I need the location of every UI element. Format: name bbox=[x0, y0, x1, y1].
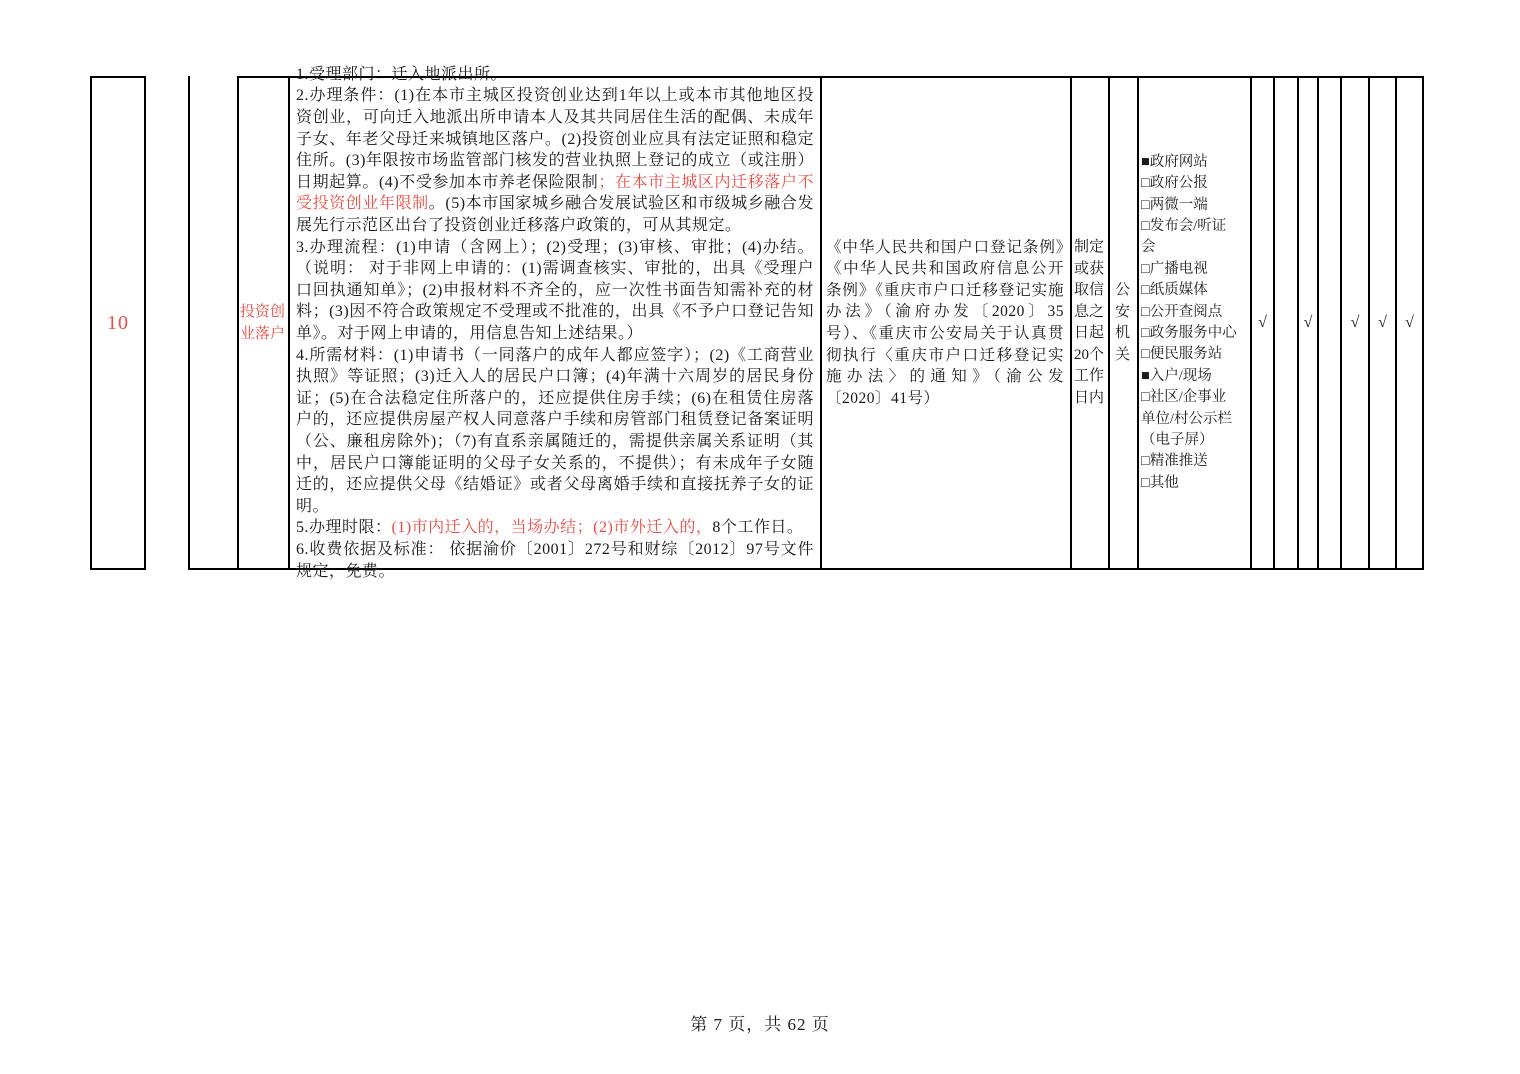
channel-option: □精准推送 bbox=[1139, 451, 1208, 472]
channel-option: □广播电视 bbox=[1139, 259, 1208, 280]
legal-basis-text: 《中华人民共和国户口登记条例》《中华人民共和国政府信息公开条例》《重庆市户口迁移… bbox=[822, 237, 1068, 410]
procedure-text-segment: (1)市内迁入的，当场办结；(2)市外迁入的， bbox=[392, 519, 713, 536]
cell-channels: ■政府网站□政府公报□两微一端□发布会/听证 会□广播电视□纸质媒体□公开查阅点… bbox=[1139, 76, 1250, 570]
cell-mark-7: √ bbox=[1397, 76, 1422, 570]
channel-option: □便民服务站 bbox=[1139, 344, 1222, 365]
check-mark: √ bbox=[1258, 314, 1267, 332]
channel-option: □公开查阅点 bbox=[1139, 302, 1222, 323]
check-mark: √ bbox=[1351, 314, 1360, 332]
channel-option: □纸质媒体 bbox=[1139, 280, 1208, 301]
cell-procedure: 1.受理部门：迁入地派出所。 2.办理条件：(1)在本市主城区投资创业达到1年以… bbox=[290, 76, 820, 570]
cell-agency: 公 安 机 关 bbox=[1108, 76, 1137, 570]
document-page: 10 投资创 业落户 1.受理部门：迁入地派出所。 2.办理条件：(1)在本市主… bbox=[0, 0, 1520, 1074]
agency-text: 公 安 机 关 bbox=[1115, 280, 1130, 366]
cell-mark-5: √ bbox=[1342, 76, 1368, 570]
row-number: 10 bbox=[107, 312, 129, 335]
procedure-text-segment: 1.受理部门：迁入地派出所。 2.办理条件：(1)在本市主城区投资创业达到1年以… bbox=[296, 66, 814, 191]
channel-option: □政务服务中心 bbox=[1139, 323, 1237, 344]
procedure-text: 1.受理部门：迁入地派出所。 2.办理条件：(1)在本市主城区投资创业达到1年以… bbox=[290, 64, 820, 582]
table-border-line bbox=[188, 76, 190, 570]
cell-legal-basis: 《中华人民共和国户口登记条例》《中华人民共和国政府信息公开条例》《重庆市户口迁移… bbox=[822, 76, 1068, 570]
check-mark: √ bbox=[1304, 314, 1313, 332]
cell-mark-1: √ bbox=[1252, 76, 1273, 570]
channel-option: □社区/企事业 单位/村公示栏 （电子屏） bbox=[1139, 387, 1232, 451]
channel-option-checked: ■入户/现场 bbox=[1139, 366, 1212, 387]
channel-option-checked: ■政府网站 bbox=[1139, 152, 1208, 173]
cell-category: 投资创 业落户 bbox=[237, 76, 288, 570]
table-border-line bbox=[1422, 76, 1424, 570]
cell-mark-2 bbox=[1275, 76, 1297, 570]
cell-mark-4 bbox=[1319, 76, 1340, 570]
check-mark: √ bbox=[1405, 314, 1414, 332]
publish-timeline-text: 制定 或获 取信 息之 日起 20个 工作 日内 bbox=[1074, 237, 1104, 409]
cell-mark-6: √ bbox=[1370, 76, 1395, 570]
check-mark: √ bbox=[1378, 314, 1387, 332]
channel-option: □政府公报 bbox=[1139, 173, 1208, 194]
channel-option: □两微一端 bbox=[1139, 195, 1208, 216]
cell-mark-3: √ bbox=[1299, 76, 1317, 570]
cell-publish-timeline: 制定 或获 取信 息之 日起 20个 工作 日内 bbox=[1070, 76, 1108, 570]
channel-option: □其他 bbox=[1139, 473, 1179, 494]
category-label: 投资创 业落户 bbox=[240, 301, 285, 345]
cell-row-number: 10 bbox=[90, 76, 146, 570]
page-footer: 第 7 页，共 62 页 bbox=[0, 1010, 1520, 1035]
procedure-text-segment: 。(5)本市国家城乡融合发展试验区和市级城乡融合发展先行示范区出台了投资创业迁移… bbox=[296, 195, 814, 536]
channel-option: □发布会/听证 会 bbox=[1139, 216, 1226, 259]
